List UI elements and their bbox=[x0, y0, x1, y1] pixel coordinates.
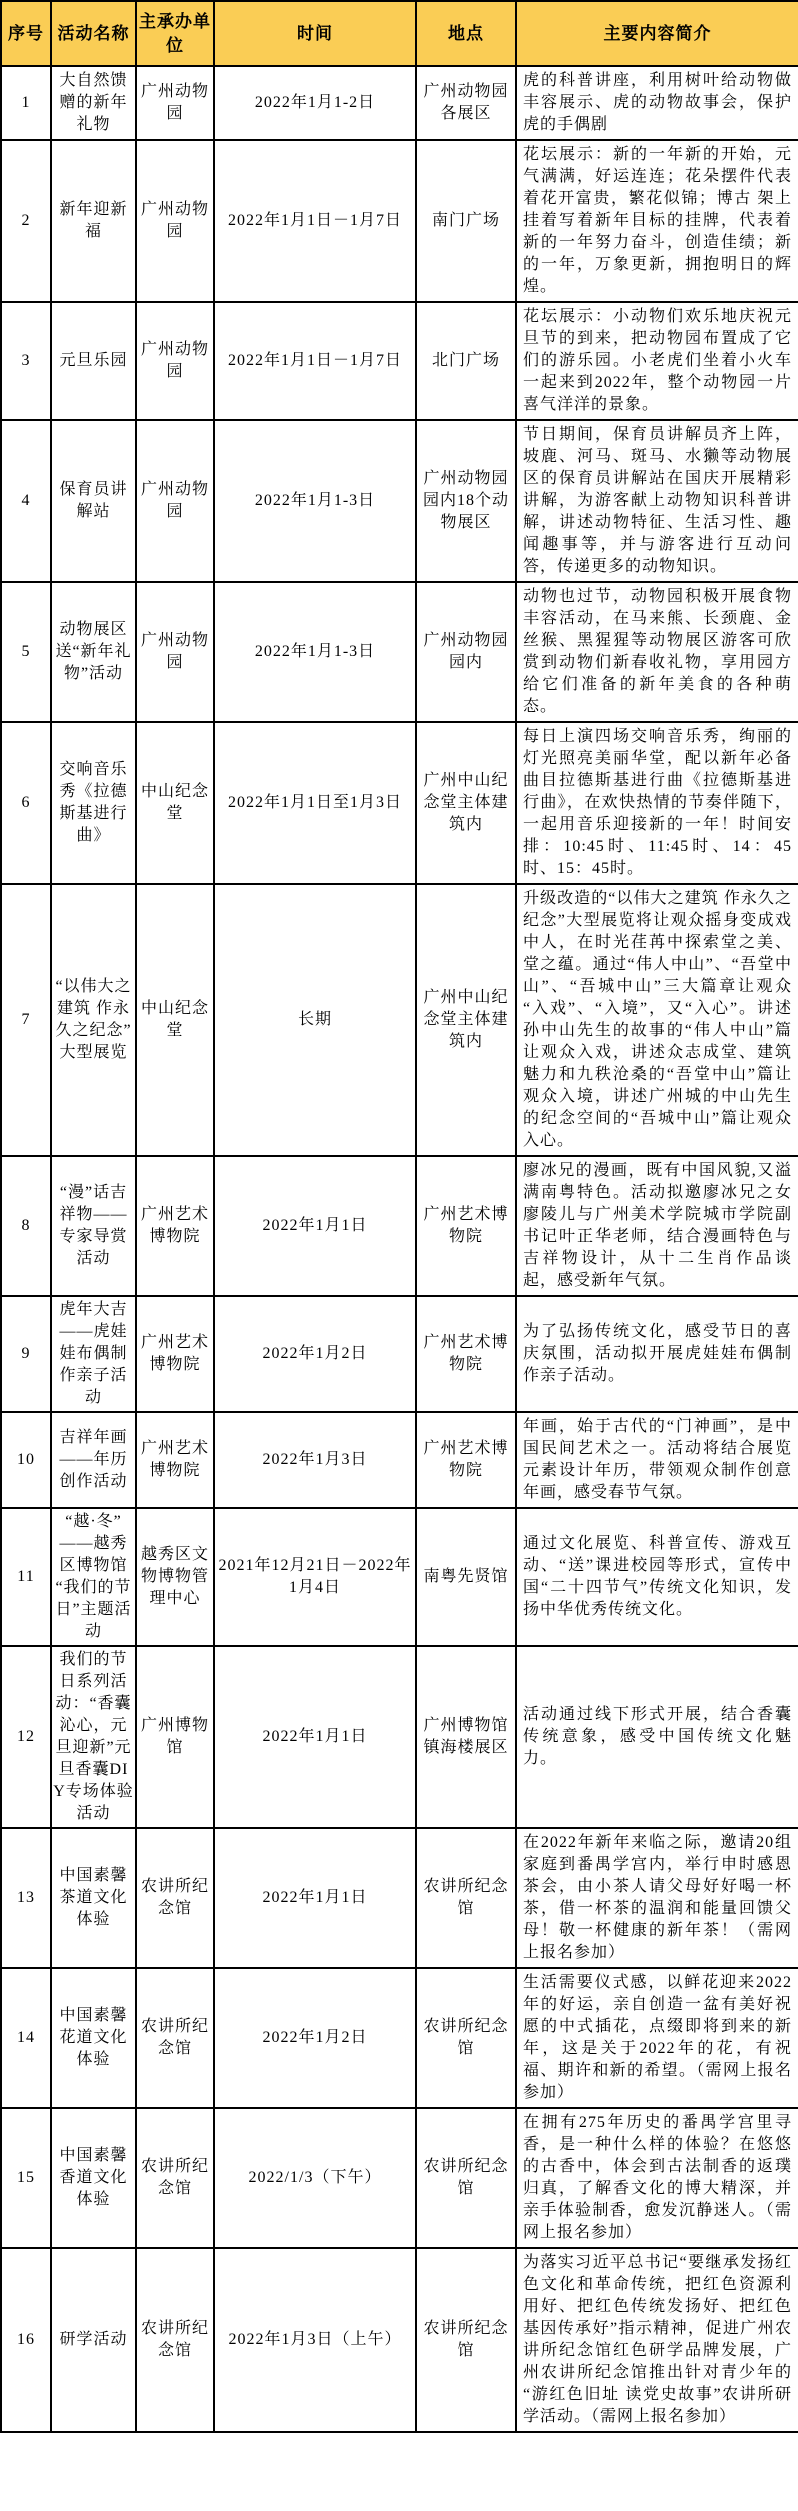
cell-index: 13 bbox=[1, 1828, 51, 1968]
header-index: 序号 bbox=[1, 1, 51, 66]
cell-index: 16 bbox=[1, 2248, 51, 2432]
table-row: 15 中国素馨香道文化体验 农讲所纪念馆 2022/1/3（下午） 农讲所纪念馆… bbox=[1, 2108, 798, 2248]
cell-time: 2022年1月1日－1月7日 bbox=[214, 302, 416, 420]
cell-organizer: 广州动物园 bbox=[136, 420, 214, 582]
cell-summary: 在拥有275年历史的番禺学宫里寻香，是一种什么样的体验？在悠悠的古香中，体会到古… bbox=[516, 2108, 798, 2248]
cell-activity-name: “越·冬”——越秀区博物馆“我们的节日”主题活动 bbox=[51, 1508, 136, 1646]
cell-summary: 活动通过线下形式开展，结合香囊传统意象，感受中国传统文化魅力。 bbox=[516, 1646, 798, 1828]
cell-summary: 在2022年新年来临之际，邀请20组家庭到番禺学宫内，举行申时感恩茶会，由小茶人… bbox=[516, 1828, 798, 1968]
cell-location: 农讲所纪念馆 bbox=[416, 1968, 516, 2108]
cell-index: 1 bbox=[1, 66, 51, 140]
cell-activity-name: “漫”话吉祥物——专家导赏活动 bbox=[51, 1156, 136, 1296]
cell-activity-name: 虎年大吉——虎娃娃布偶制作亲子活动 bbox=[51, 1296, 136, 1412]
cell-summary: 虎的科普讲座，利用树叶给动物做丰容展示、虎的动物故事会，保护虎的手偶剧 bbox=[516, 66, 798, 140]
cell-time: 2022/1/3（下午） bbox=[214, 2108, 416, 2248]
table-row: 9 虎年大吉——虎娃娃布偶制作亲子活动 广州艺术博物院 2022年1月2日 广州… bbox=[1, 1296, 798, 1412]
cell-time: 2022年1月1日 bbox=[214, 1156, 416, 1296]
cell-index: 9 bbox=[1, 1296, 51, 1412]
cell-location: 南粤先贤馆 bbox=[416, 1508, 516, 1646]
cell-activity-name: “以伟大之建筑 作永久之纪念”大型展览 bbox=[51, 884, 136, 1156]
cell-location: 农讲所纪念馆 bbox=[416, 1828, 516, 1968]
cell-time: 2022年1月2日 bbox=[214, 1968, 416, 2108]
header-organizer: 主承办单位 bbox=[136, 1, 214, 66]
table-row: 13 中国素馨茶道文化体验 农讲所纪念馆 2022年1月1日 农讲所纪念馆 在2… bbox=[1, 1828, 798, 1968]
cell-time: 2022年1月1-3日 bbox=[214, 582, 416, 722]
cell-index: 8 bbox=[1, 1156, 51, 1296]
cell-activity-name: 交响音乐秀《拉德斯基进行曲》 bbox=[51, 722, 136, 884]
cell-activity-name: 保育员讲解站 bbox=[51, 420, 136, 582]
cell-summary: 为了弘扬传统文化，感受节日的喜庆氛围，活动拟开展虎娃娃布偶制作亲子活动。 bbox=[516, 1296, 798, 1412]
table-row: 11 “越·冬”——越秀区博物馆“我们的节日”主题活动 越秀区文物博物管理中心 … bbox=[1, 1508, 798, 1646]
cell-summary: 廖冰兄的漫画，既有中国风貌,又溢满南粤特色。活动拟邀廖冰兄之女廖陵儿与广州美术学… bbox=[516, 1156, 798, 1296]
cell-index: 6 bbox=[1, 722, 51, 884]
cell-time: 2022年1月1日 bbox=[214, 1646, 416, 1828]
cell-organizer: 农讲所纪念馆 bbox=[136, 1968, 214, 2108]
cell-index: 4 bbox=[1, 420, 51, 582]
cell-organizer: 越秀区文物博物管理中心 bbox=[136, 1508, 214, 1646]
table-body: 1 大自然馈赠的新年礼物 广州动物园 2022年1月1-2日 广州动物园各展区 … bbox=[1, 66, 798, 2432]
cell-time: 2022年1月2日 bbox=[214, 1296, 416, 1412]
cell-index: 12 bbox=[1, 1646, 51, 1828]
cell-time: 2022年1月1日 bbox=[214, 1828, 416, 1968]
cell-location: 广州动物园园内18个动物展区 bbox=[416, 420, 516, 582]
cell-summary: 节日期间，保育员讲解员齐上阵，坡鹿、河马、斑马、水獭等动物展区的保育员讲解站在国… bbox=[516, 420, 798, 582]
cell-organizer: 广州动物园 bbox=[136, 582, 214, 722]
cell-organizer: 广州动物园 bbox=[136, 140, 214, 302]
table-row: 16 研学活动 农讲所纪念馆 2022年1月3日（上午） 农讲所纪念馆 为落实习… bbox=[1, 2248, 798, 2432]
cell-location: 广州中山纪念堂主体建筑内 bbox=[416, 722, 516, 884]
cell-summary: 通过文化展览、科普宣传、游戏互动、“送”课进校园等形式，宣传中国“二十四节气”传… bbox=[516, 1508, 798, 1646]
table-row: 2 新年迎新福 广州动物园 2022年1月1日－1月7日 南门广场 花坛展示：新… bbox=[1, 140, 798, 302]
cell-organizer: 中山纪念堂 bbox=[136, 884, 214, 1156]
cell-activity-name: 新年迎新福 bbox=[51, 140, 136, 302]
cell-location: 农讲所纪念馆 bbox=[416, 2248, 516, 2432]
table-row: 5 动物展区送“新年礼物”活动 广州动物园 2022年1月1-3日 广州动物园园… bbox=[1, 582, 798, 722]
cell-summary: 每日上演四场交响音乐秀，绚丽的灯光照亮美丽华堂，配以新年必备曲目拉德斯基进行曲《… bbox=[516, 722, 798, 884]
cell-summary: 为落实习近平总书记“要继承发扬红色文化和革命传统，把红色资源利用好、把红色传统发… bbox=[516, 2248, 798, 2432]
cell-activity-name: 中国素馨茶道文化体验 bbox=[51, 1828, 136, 1968]
table-row: 8 “漫”话吉祥物——专家导赏活动 广州艺术博物院 2022年1月1日 广州艺术… bbox=[1, 1156, 798, 1296]
cell-activity-name: 中国素馨香道文化体验 bbox=[51, 2108, 136, 2248]
cell-index: 3 bbox=[1, 302, 51, 420]
activities-table: 序号 活动名称 主承办单位 时间 地点 主要内容简介 1 大自然馈赠的新年礼物 … bbox=[0, 0, 798, 2433]
table-row: 6 交响音乐秀《拉德斯基进行曲》 中山纪念堂 2022年1月1日至1月3日 广州… bbox=[1, 722, 798, 884]
cell-organizer: 广州艺术博物院 bbox=[136, 1296, 214, 1412]
table-header: 序号 活动名称 主承办单位 时间 地点 主要内容简介 bbox=[1, 1, 798, 66]
header-activity-name: 活动名称 bbox=[51, 1, 136, 66]
cell-summary: 花坛展示：小动物们欢乐地庆祝元旦节的到来，把动物园布置成了它们的游乐园。小老虎们… bbox=[516, 302, 798, 420]
header-summary: 主要内容简介 bbox=[516, 1, 798, 66]
cell-location: 北门广场 bbox=[416, 302, 516, 420]
table-row: 14 中国素馨花道文化体验 农讲所纪念馆 2022年1月2日 农讲所纪念馆 生活… bbox=[1, 1968, 798, 2108]
cell-organizer: 农讲所纪念馆 bbox=[136, 2248, 214, 2432]
cell-organizer: 广州艺术博物院 bbox=[136, 1156, 214, 1296]
cell-organizer: 广州艺术博物院 bbox=[136, 1412, 214, 1508]
cell-activity-name: 我们的节日系列活动：“香囊沁心，元旦迎新”元旦香囊DIY专场体验活动 bbox=[51, 1646, 136, 1828]
cell-summary: 年画，始于古代的“门神画”，是中国民间艺术之一。活动将结合展览元素设计年历，带领… bbox=[516, 1412, 798, 1508]
cell-activity-name: 大自然馈赠的新年礼物 bbox=[51, 66, 136, 140]
table-row: 1 大自然馈赠的新年礼物 广州动物园 2022年1月1-2日 广州动物园各展区 … bbox=[1, 66, 798, 140]
cell-index: 2 bbox=[1, 140, 51, 302]
cell-location: 广州中山纪念堂主体建筑内 bbox=[416, 884, 516, 1156]
cell-summary: 花坛展示：新的一年新的开始，元气满满，好运连连；花朵摆件代表着花开富贵，繁花似锦… bbox=[516, 140, 798, 302]
cell-index: 14 bbox=[1, 1968, 51, 2108]
table-row: 4 保育员讲解站 广州动物园 2022年1月1-3日 广州动物园园内18个动物展… bbox=[1, 420, 798, 582]
cell-activity-name: 吉祥年画——年历创作活动 bbox=[51, 1412, 136, 1508]
cell-organizer: 农讲所纪念馆 bbox=[136, 1828, 214, 1968]
cell-activity-name: 中国素馨花道文化体验 bbox=[51, 1968, 136, 2108]
cell-location: 南门广场 bbox=[416, 140, 516, 302]
table-row: 10 吉祥年画——年历创作活动 广州艺术博物院 2022年1月3日 广州艺术博物… bbox=[1, 1412, 798, 1508]
cell-summary: 生活需要仪式感，以鲜花迎来2022年的好运，亲自创造一盆有美好祝愿的中式插花，点… bbox=[516, 1968, 798, 2108]
activities-page: 序号 活动名称 主承办单位 时间 地点 主要内容简介 1 大自然馈赠的新年礼物 … bbox=[0, 0, 798, 2433]
cell-location: 广州动物园各展区 bbox=[416, 66, 516, 140]
cell-location: 广州艺术博物院 bbox=[416, 1156, 516, 1296]
cell-time: 2022年1月1日－1月7日 bbox=[214, 140, 416, 302]
table-row: 3 元旦乐园 广州动物园 2022年1月1日－1月7日 北门广场 花坛展示：小动… bbox=[1, 302, 798, 420]
cell-time: 2021年12月21日－2022年1月4日 bbox=[214, 1508, 416, 1646]
cell-time: 2022年1月3日 bbox=[214, 1412, 416, 1508]
cell-index: 15 bbox=[1, 2108, 51, 2248]
cell-location: 广州动物园园内 bbox=[416, 582, 516, 722]
table-row: 12 我们的节日系列活动：“香囊沁心，元旦迎新”元旦香囊DIY专场体验活动 广州… bbox=[1, 1646, 798, 1828]
cell-activity-name: 研学活动 bbox=[51, 2248, 136, 2432]
cell-time: 2022年1月1日至1月3日 bbox=[214, 722, 416, 884]
cell-location: 农讲所纪念馆 bbox=[416, 2108, 516, 2248]
cell-location: 广州艺术博物院 bbox=[416, 1296, 516, 1412]
cell-location: 广州博物馆镇海楼展区 bbox=[416, 1646, 516, 1828]
cell-organizer: 广州动物园 bbox=[136, 302, 214, 420]
cell-activity-name: 元旦乐园 bbox=[51, 302, 136, 420]
header-time: 时间 bbox=[214, 1, 416, 66]
cell-time: 2022年1月1-3日 bbox=[214, 420, 416, 582]
cell-organizer: 中山纪念堂 bbox=[136, 722, 214, 884]
table-row: 7 “以伟大之建筑 作永久之纪念”大型展览 中山纪念堂 长期 广州中山纪念堂主体… bbox=[1, 884, 798, 1156]
cell-summary: 动物也过节，动物园积极开展食物丰容活动，在马来熊、长颈鹿、金丝猴、黑猩猩等动物展… bbox=[516, 582, 798, 722]
cell-time: 2022年1月1-2日 bbox=[214, 66, 416, 140]
header-row: 序号 活动名称 主承办单位 时间 地点 主要内容简介 bbox=[1, 1, 798, 66]
cell-time: 长期 bbox=[214, 884, 416, 1156]
header-location: 地点 bbox=[416, 1, 516, 66]
cell-organizer: 广州动物园 bbox=[136, 66, 214, 140]
cell-activity-name: 动物展区送“新年礼物”活动 bbox=[51, 582, 136, 722]
cell-location: 广州艺术博物院 bbox=[416, 1412, 516, 1508]
cell-organizer: 农讲所纪念馆 bbox=[136, 2108, 214, 2248]
cell-index: 10 bbox=[1, 1412, 51, 1508]
cell-index: 11 bbox=[1, 1508, 51, 1646]
cell-index: 5 bbox=[1, 582, 51, 722]
cell-summary: 升级改造的“以伟大之建筑 作永久之纪念”大型展览将让观众摇身变成戏中人，在时光荏… bbox=[516, 884, 798, 1156]
cell-organizer: 广州博物馆 bbox=[136, 1646, 214, 1828]
cell-index: 7 bbox=[1, 884, 51, 1156]
cell-time: 2022年1月3日（上午） bbox=[214, 2248, 416, 2432]
